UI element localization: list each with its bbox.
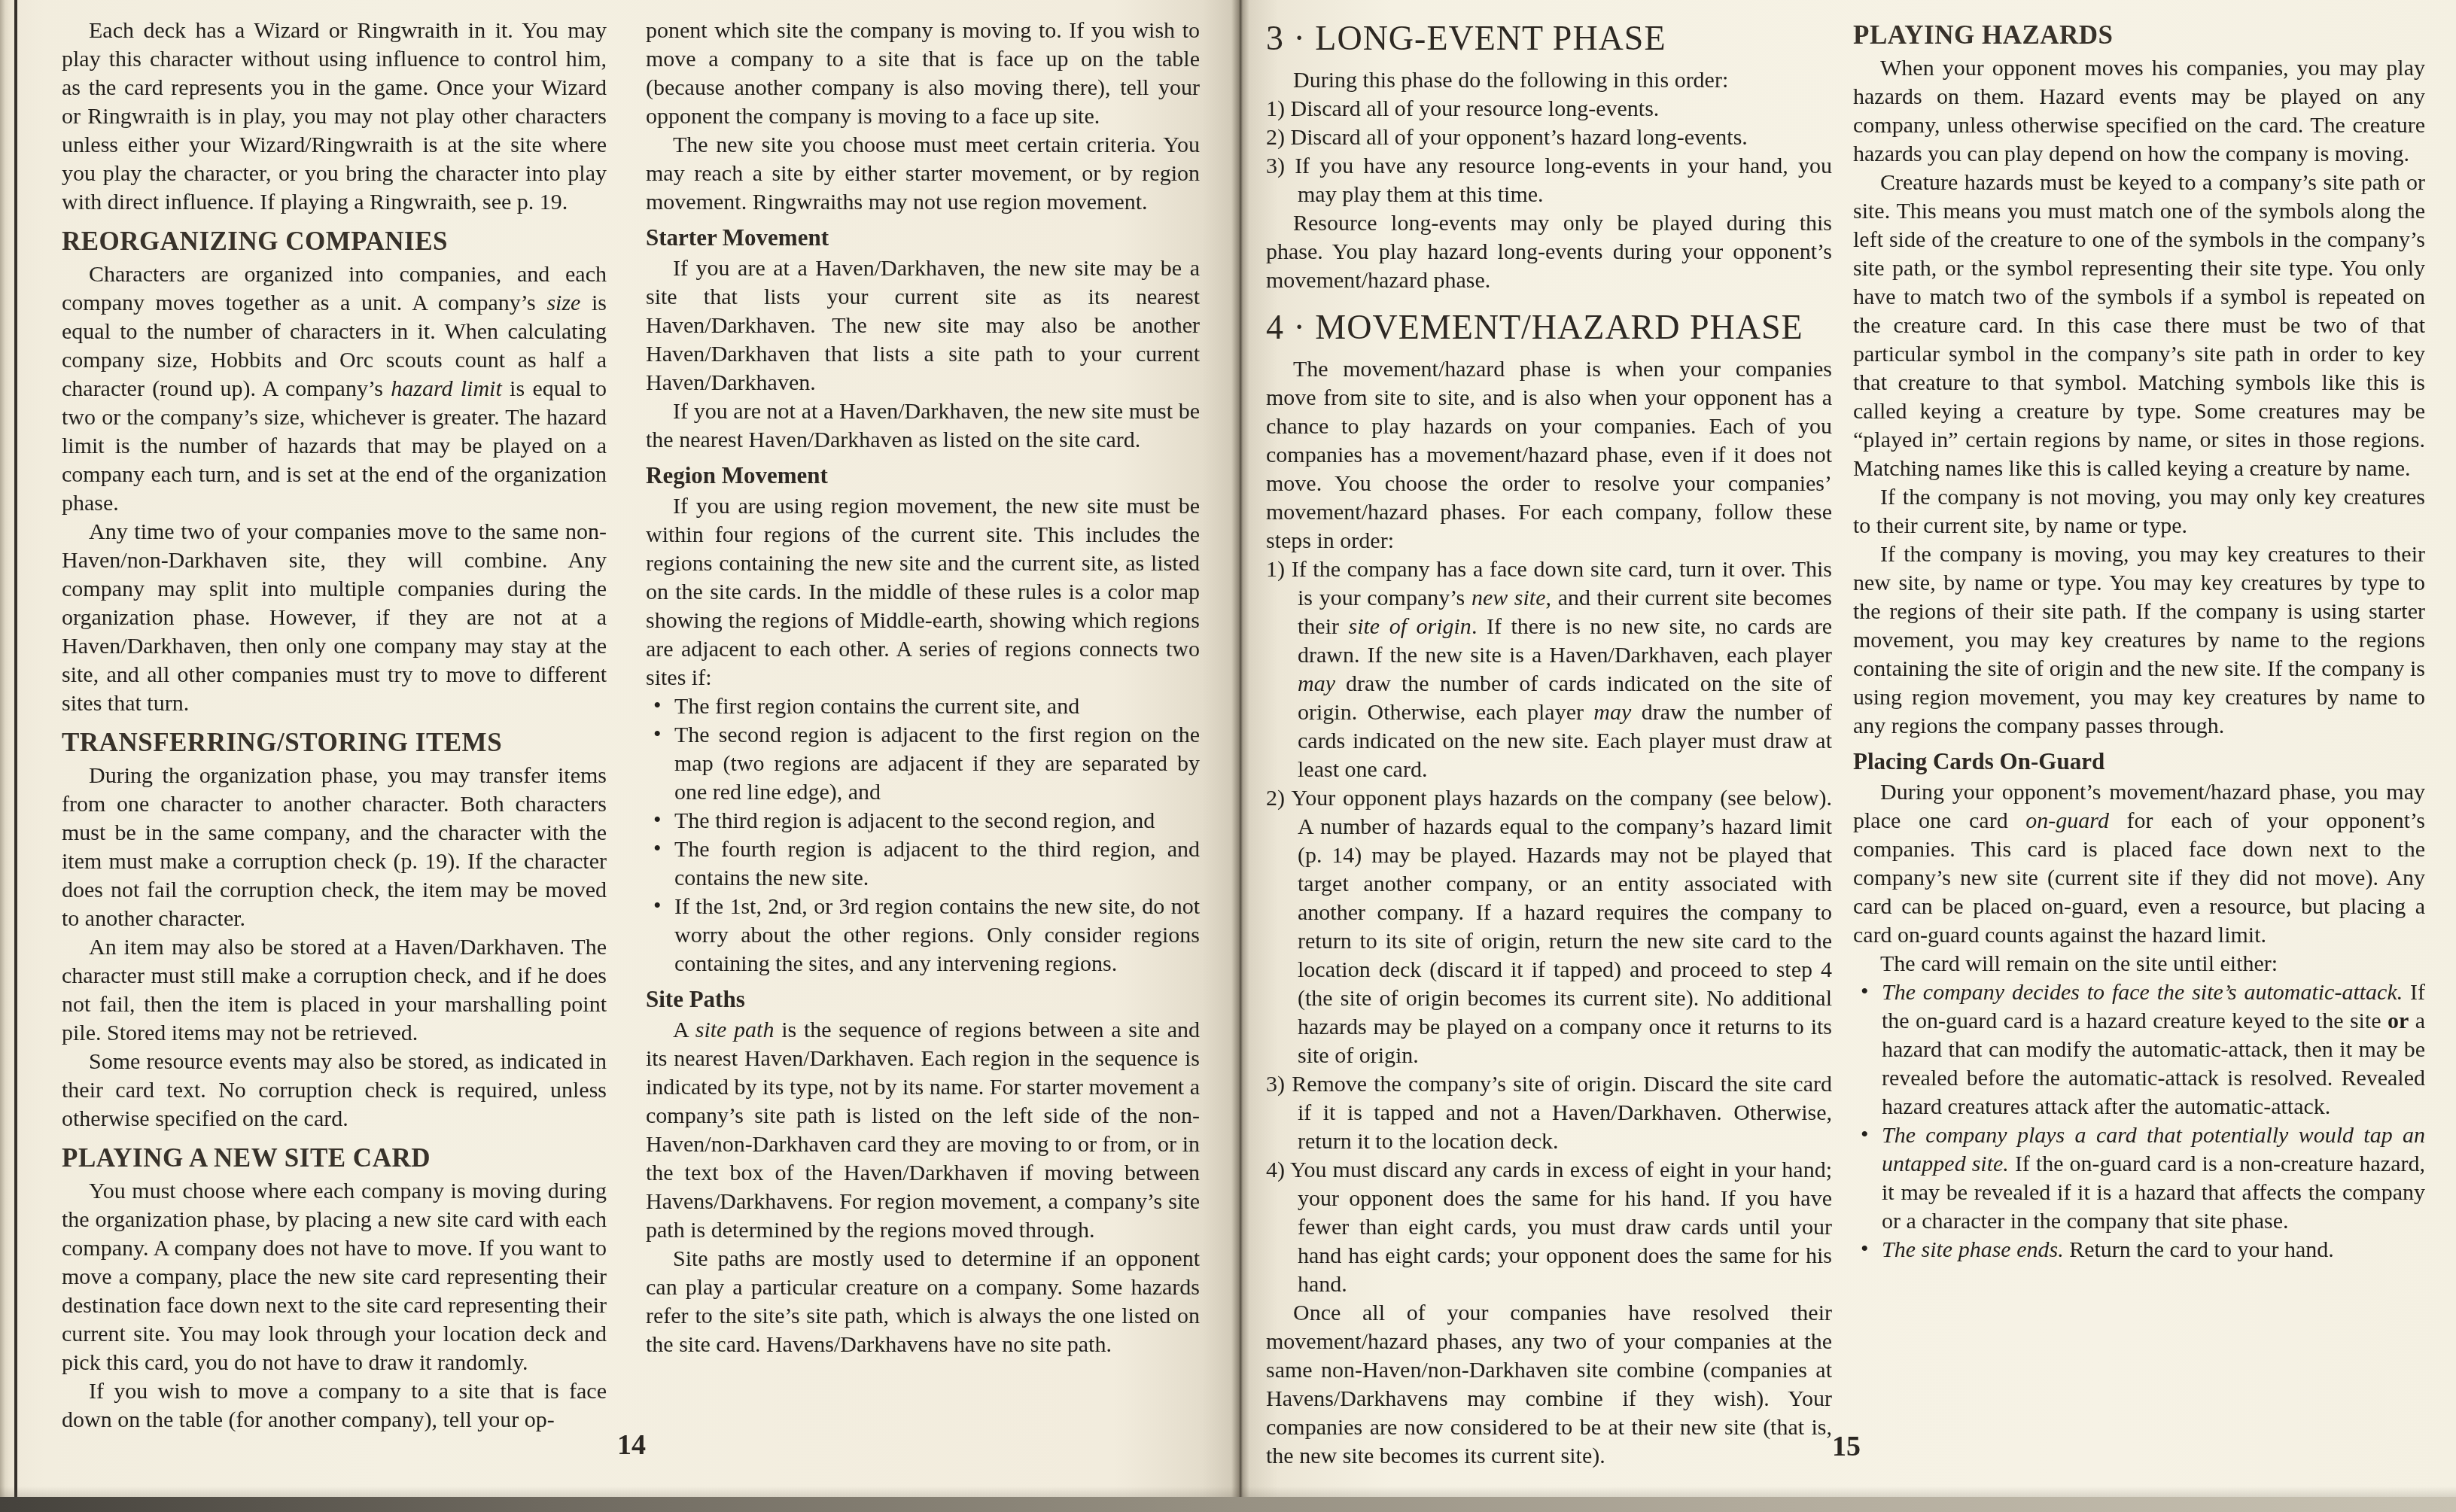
paragraph: Some resource events may also be stored,… <box>62 1048 607 1133</box>
bottom-shadow <box>0 1486 2456 1497</box>
bullet-item: •The company plays a card that potential… <box>1853 1121 2425 1236</box>
bullet-item: •The second region is adjacent to the fi… <box>646 721 1200 807</box>
paragraph: During the organization phase, you may t… <box>62 762 607 933</box>
paragraph: A site path is the sequence of regions b… <box>646 1016 1200 1245</box>
paragraph-continued: ponent which site the company is moving … <box>646 17 1200 131</box>
bullet-item-text: The fourth region is adjacent to the thi… <box>674 837 1200 890</box>
bullet-item: •The company decides to face the site’s … <box>1853 978 2425 1121</box>
numbered-item: 3) Remove the company’s site of origin. … <box>1266 1070 1832 1156</box>
paragraph: An item may also be stored at a Haven/Da… <box>62 933 607 1048</box>
paragraph: Characters are organized into companies,… <box>62 260 607 518</box>
section-heading: TRANSFERRING/STORING ITEMS <box>62 727 607 759</box>
section-heading: REORGANIZING COMPANIES <box>62 226 607 257</box>
paragraph: During your opponent’s movement/hazard p… <box>1853 778 2425 950</box>
paragraph: If the company is moving, you may key cr… <box>1853 540 2425 741</box>
page-number-14: 14 <box>617 1428 646 1462</box>
bullet-item-text: The site phase ends. Return the card to … <box>1882 1237 2334 1262</box>
numbered-item: 1) Discard all of your resource long-eve… <box>1266 95 1832 123</box>
bullet-item: •The third region is adjacent to the sec… <box>646 807 1200 835</box>
subsection-heading: Placing Cards On-Guard <box>1853 747 2425 777</box>
paragraph: Any time two of your companies move to t… <box>62 518 607 718</box>
bullet-icon: • <box>653 892 662 920</box>
subsection-heading: Starter Movement <box>646 223 1200 253</box>
paragraph: The movement/hazard phase is when your c… <box>1266 355 1832 555</box>
bullet-icon: • <box>1861 1235 1869 1264</box>
paragraph: If you are using region movement, the ne… <box>646 492 1200 692</box>
left-page-edge-crease <box>0 0 15 1512</box>
bullet-item-text: If the 1st, 2nd, or 3rd region contains … <box>674 894 1200 976</box>
page14-column-right: ponent which site the company is moving … <box>646 17 1200 1359</box>
section-heading: PLAYING HAZARDS <box>1853 20 2425 51</box>
paragraph: When your opponent moves his companies, … <box>1853 54 2425 169</box>
bullet-icon: • <box>653 720 662 749</box>
subsection-heading: Site Paths <box>646 984 1200 1015</box>
bullet-item: •The site phase ends. Return the card to… <box>1853 1236 2425 1264</box>
numbered-item: 4) You must discard any cards in excess … <box>1266 1156 1832 1299</box>
paragraph: Once all of your companies have resolved… <box>1266 1299 1832 1471</box>
paragraph: If you are at a Haven/Darkhaven, the new… <box>646 254 1200 397</box>
bullet-item-text: The second region is adjacent to the fir… <box>674 723 1200 805</box>
left-page-edge-line <box>14 0 17 1498</box>
numbered-item: 2) Your opponent plays hazards on the co… <box>1266 784 1832 1070</box>
bullet-icon: • <box>653 806 662 835</box>
bullet-item: •If the 1st, 2nd, or 3rd region contains… <box>646 893 1200 978</box>
page-number-15: 15 <box>1832 1430 1861 1463</box>
subsection-heading: Region Movement <box>646 461 1200 491</box>
bullet-icon: • <box>653 692 662 720</box>
paragraph: Creature hazards must be keyed to a comp… <box>1853 169 2425 483</box>
phase-heading: 3 · LONG-EVENT PHASE <box>1266 18 1832 59</box>
paragraph: During this phase do the following in th… <box>1266 66 1832 95</box>
bullet-icon: • <box>1861 978 1869 1006</box>
bullet-item-text: The first region contains the current si… <box>674 694 1079 719</box>
paragraph: The card will remain on the site until e… <box>1853 950 2425 978</box>
scan-bottom-edge <box>0 1497 2456 1512</box>
paragraph: If you wish to move a company to a site … <box>62 1377 607 1434</box>
bullet-item-text: The third region is adjacent to the seco… <box>674 808 1155 833</box>
paragraph: The new site you choose must meet certai… <box>646 131 1200 217</box>
bullet-icon: • <box>653 835 662 863</box>
numbered-item: 1) If the company has a face down site c… <box>1266 555 1832 784</box>
bullet-icon: • <box>1861 1121 1869 1149</box>
paragraph: Each deck has a Wizard or Ringwraith in … <box>62 17 607 217</box>
page14-column-left: Each deck has a Wizard or Ringwraith in … <box>62 17 607 1434</box>
paragraph: Resource long-events may only be played … <box>1266 209 1832 295</box>
page15-column-right: PLAYING HAZARDSWhen your opponent moves … <box>1853 20 2425 1264</box>
bullet-item-text: The company decides to face the site’s a… <box>1882 980 2425 1119</box>
paragraph: Site paths are mostly used to determine … <box>646 1245 1200 1359</box>
page15-column-left: 3 · LONG-EVENT PHASEDuring this phase do… <box>1266 18 1832 1471</box>
numbered-item: 2) Discard all of your opponent’s hazard… <box>1266 123 1832 152</box>
bullet-item: •The first region contains the current s… <box>646 692 1200 721</box>
phase-heading: 4 · MOVEMENT/HAZARD PHASE <box>1266 307 1832 348</box>
numbered-item: 3) If you have any resource long-events … <box>1266 152 1832 209</box>
section-heading: PLAYING A NEW SITE CARD <box>62 1142 607 1174</box>
bullet-item-text: The company plays a card that potentiall… <box>1882 1123 2425 1234</box>
bullet-item: •The fourth region is adjacent to the th… <box>646 835 1200 893</box>
paragraph: If the company is not moving, you may on… <box>1853 483 2425 540</box>
rulebook-scan: Each deck has a Wizard or Ringwraith in … <box>0 0 2456 1512</box>
paragraph: If you are not at a Haven/Darkhaven, the… <box>646 397 1200 455</box>
paragraph: You must choose where each company is mo… <box>62 1177 607 1377</box>
